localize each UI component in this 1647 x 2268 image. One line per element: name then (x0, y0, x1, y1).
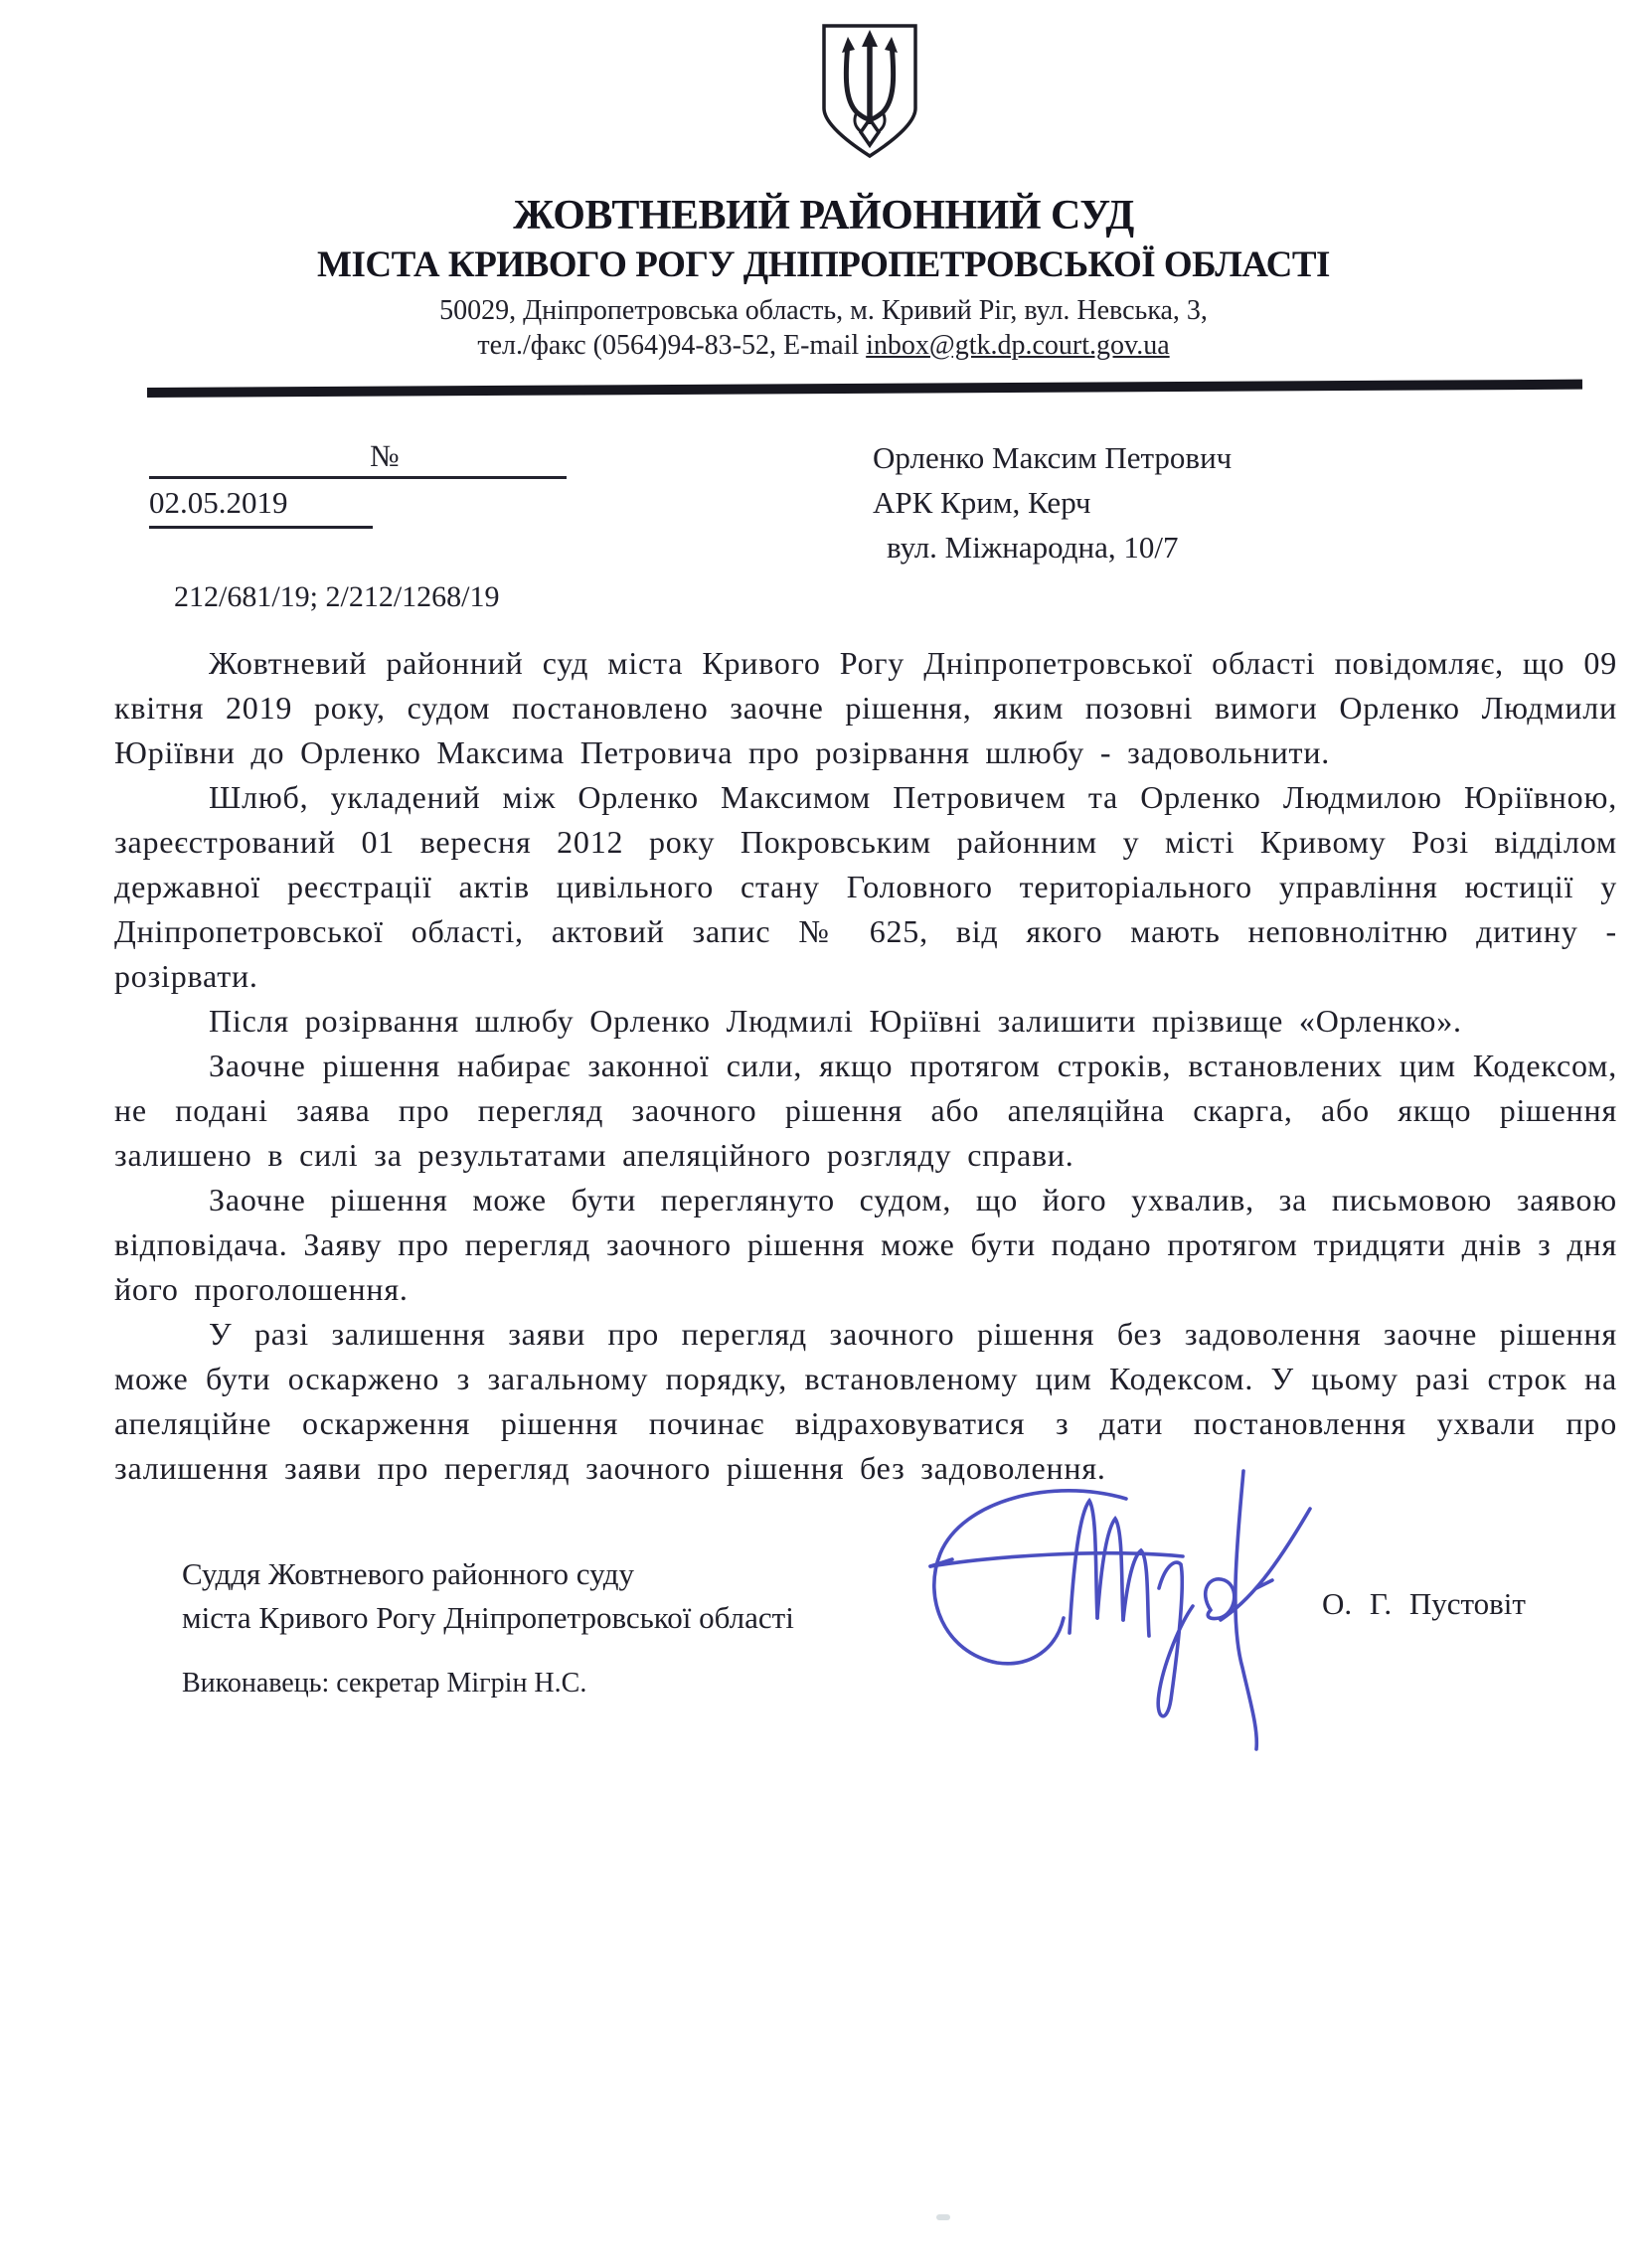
executor-line: Виконавець: секретар Мігрін Н.С. (182, 1668, 586, 1700)
scan-speck-artifact (936, 2214, 950, 2220)
court-contacts: тел./факс (0564)94-83-52, E-mail inbox@g… (0, 330, 1647, 362)
paragraph-surname: Після розірвання шлюбу Орленко Людмилі Ю… (114, 999, 1617, 1044)
paragraph-legal-force: Заочне рішення набирає законної сили, як… (114, 1044, 1617, 1178)
header-divider-rule (147, 380, 1582, 398)
judge-role-line2: міста Кривого Рогу Дніпропетровської обл… (182, 1596, 794, 1640)
scanned-court-letter: ЖОВТНЕВИЙ РАЙОННИЙ СУД МІСТА КРИВОГО РОГ… (0, 0, 1647, 2268)
paragraph-appeal-terms: У разі залишення заяви про перегляд заоч… (114, 1312, 1617, 1491)
recipient-street: вул. Міжнародна, 10/7 (873, 525, 1232, 569)
judge-handwritten-signature-ink (922, 1469, 1315, 1752)
court-address: 50029, Дніпропетровська область, м. Крив… (0, 295, 1647, 327)
paragraph-review-terms: Заочне рішення може бути переглянуто суд… (114, 1178, 1617, 1312)
letter-date: 02.05.2019 (149, 485, 373, 529)
court-email-link: inbox@gtk.dp.court.gov.ua (866, 330, 1169, 361)
judge-role-line1: Суддя Жовтневого районного суду (182, 1552, 794, 1596)
phone-fax-text: тел./факс (0564)94-83-52, E-mail (477, 330, 866, 361)
court-name-line2: МІСТА КРИВОГО РОГУ ДНІПРОПЕТРОВСЬКОЇ ОБЛ… (0, 243, 1647, 286)
paragraph-notification: Жовтневий районний суд міста Кривого Рог… (114, 641, 1617, 775)
judge-name: О. Г. Пустовіт (1322, 1586, 1526, 1622)
judge-role-block: Суддя Жовтневого районного суду міста Кр… (182, 1552, 794, 1640)
outgoing-number-blank-line (149, 476, 567, 479)
letter-body: Жовтневий районний суд міста Кривого Рог… (114, 641, 1617, 1491)
recipient-name: Орленко Максим Петрович (873, 435, 1232, 480)
ukraine-trident-emblem-icon (817, 22, 922, 161)
case-numbers: 212/681/19; 2/212/1268/19 (174, 580, 500, 614)
outgoing-number-sign: № (370, 438, 400, 474)
paragraph-marriage-dissolution: Шлюб, укладений між Орленко Максимом Пет… (114, 775, 1617, 999)
recipient-block: Орленко Максим Петрович АРК Крим, Керч в… (873, 435, 1232, 569)
recipient-region: АРК Крим, Керч (873, 480, 1232, 525)
court-name-line1: ЖОВТНЕВИЙ РАЙОННИЙ СУД (0, 192, 1647, 240)
